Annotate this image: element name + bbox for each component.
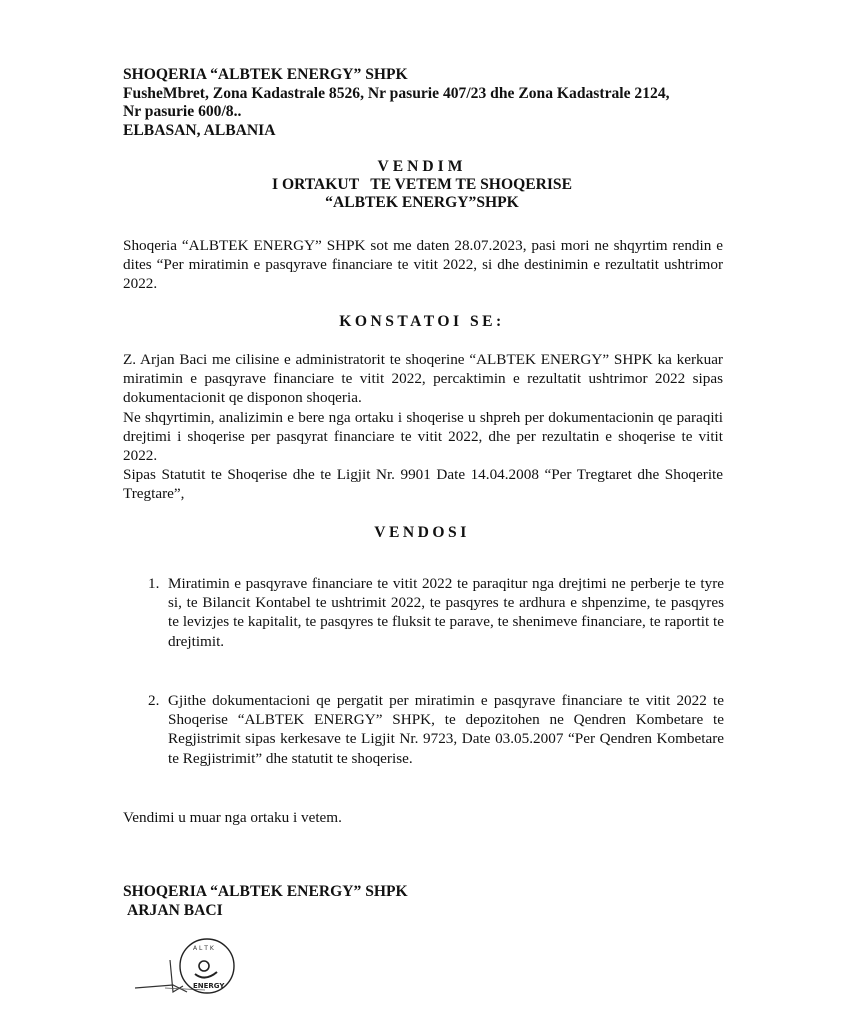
findings-heading-text: KONSTATOI SE: [0,313,844,331]
decision-item-1: 1. Miratimin e pasqyrave financiare te v… [140,574,724,651]
city: ELBASAN, ALBANIA [123,122,743,141]
address-line-2: Nr pasurie 600/8.. [123,103,743,122]
signature-block: SHOQERIA “ALBTEK ENERGY” SHPK ARJAN BACI [123,883,408,920]
intro-paragraph: Shoqeria “ALBTEK ENERGY” SHPK sot me dat… [123,236,723,294]
closing-statement: Vendimi u muar nga ortaku i vetem. [123,808,342,827]
finding-paragraph: Z. Arjan Baci me cilisine e administrato… [123,350,723,408]
document-page: SHOQERIA “ALBTEK ENERGY” SHPK FusheMbret… [0,0,844,1024]
finding-paragraph: Ne shqyrtimin, analizimin e bere nga ort… [123,408,723,466]
company-name: SHOQERIA “ALBTEK ENERGY” SHPK [123,66,743,85]
title-line-2: I ORTAKUT TE VETEM TE SHOQERISE [0,176,844,194]
company-header: SHOQERIA “ALBTEK ENERGY” SHPK FusheMbret… [123,66,743,140]
item-number: 1. [148,574,159,593]
signature-company: SHOQERIA “ALBTEK ENERGY” SHPK [123,883,408,902]
address-line-1: FusheMbret, Zona Kadastrale 8526, Nr pas… [123,85,743,104]
svg-text:ENERGY: ENERGY [193,982,225,990]
item-text: Gjithe dokumentacioni qe pergatit per mi… [168,692,724,767]
svg-text:A L T K: A L T K [193,945,215,952]
stamp-signature-icon: A L T K ENERGY [135,930,255,1000]
intro-text: Shoqeria “ALBTEK ENERGY” SHPK sot me dat… [123,236,723,294]
decision-heading-text: VENDOSI [0,524,844,542]
signature-name: ARJAN BACI [123,902,408,921]
findings-section: Z. Arjan Baci me cilisine e administrato… [123,350,723,504]
item-number: 2. [148,691,159,710]
decision-heading: VENDOSI [0,524,844,542]
company-stamp: A L T K ENERGY [135,930,255,1005]
findings-heading: KONSTATOI SE: [0,313,844,331]
document-title: VENDIM I ORTAKUT TE VETEM TE SHOQERISE “… [0,158,844,212]
title-line-3: “ALBTEK ENERGY”SHPK [0,194,844,212]
item-text: Miratimin e pasqyrave financiare te viti… [168,575,724,650]
finding-paragraph: Sipas Statutit te Shoqerise dhe te Ligji… [123,465,723,503]
title-line-1: VENDIM [0,158,844,176]
decision-item-2: 2. Gjithe dokumentacioni qe pergatit per… [140,691,724,768]
